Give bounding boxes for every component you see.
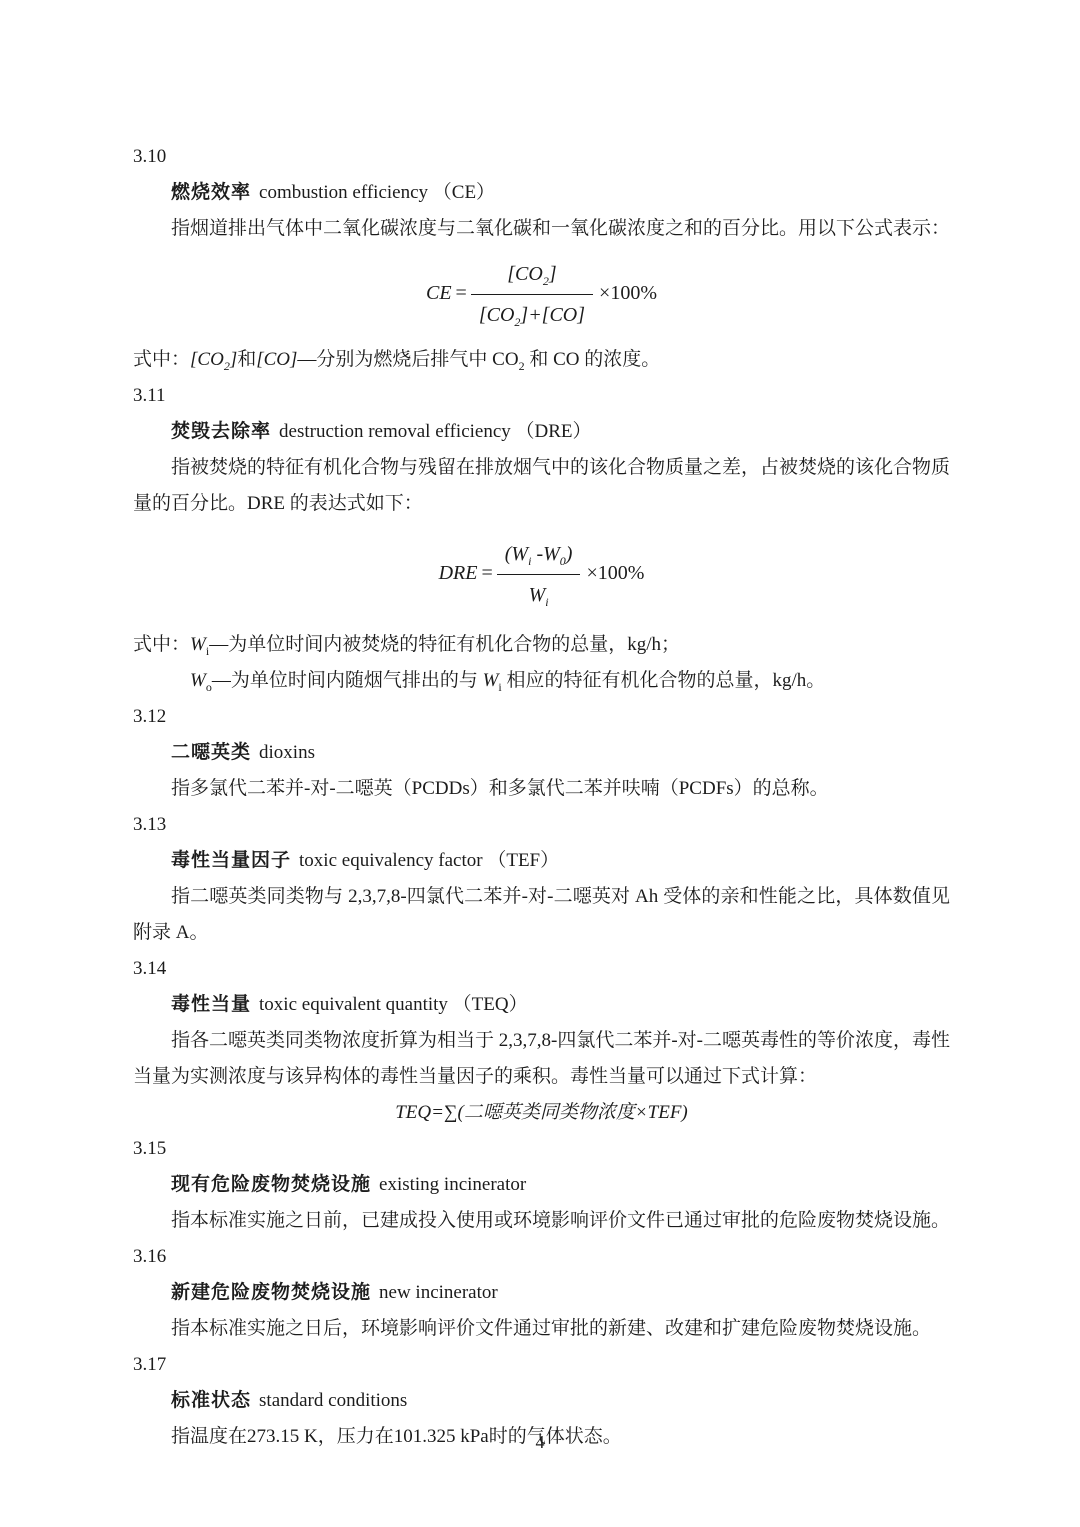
body-paragraph: 指本标准实施之日前，已建成投入使用或环境影响评价文件已通过审批的危险废物焚烧设施… [133, 1203, 950, 1239]
formula-equals: = [481, 562, 492, 584]
section-number-3-17: 3.17 [133, 1347, 950, 1383]
term-en: toxic equivalent quantity （TEQ） [251, 994, 528, 1015]
formula-note: 式中：Wi—为单位时间内被焚烧的特征有机化合物的总量，kg/h； [133, 627, 950, 663]
term-zh: 现有危险废物焚烧设施 [171, 1174, 371, 1195]
body-paragraph: 指烟道排出气体中二氧化碳浓度与二氧化碳和一氧化碳浓度之和的百分比。用以下公式表示… [133, 211, 950, 247]
body-paragraph: 指本标准实施之日后，环境影响评价文件通过审批的新建、改建和扩建危险废物焚烧设施。 [133, 1311, 950, 1347]
fraction-denominator: [CO2]+[CO] [471, 295, 593, 333]
formula-ce: CE=[CO2][CO2]+[CO]×100% [133, 256, 950, 333]
term-en: standard conditions [251, 1390, 407, 1411]
body-paragraph: 指各二噁英类同类物浓度折算为相当于 2,3,7,8-四氯代二苯并-对-二噁英毒性… [133, 1023, 950, 1095]
term-zh: 焚毁去除率 [171, 421, 271, 442]
body-paragraph: 指多氯代二苯并-对-二噁英（PCDDs）和多氯代二苯并呋喃（PCDFs）的总称。 [133, 771, 950, 807]
formula-note: 式中：[CO2]和[CO]—分别为燃烧后排气中 CO2 和 CO 的浓度。 [133, 342, 950, 378]
section-number-3-13: 3.13 [133, 807, 950, 843]
document-page: 3.10 燃烧效率combustion efficiency （CE） 指烟道排… [0, 0, 1080, 1527]
fraction-numerator: [CO2] [471, 256, 593, 295]
formula-times: ×100% [586, 562, 644, 584]
section-number-3-10: 3.10 [133, 139, 950, 175]
term-en: toxic equivalency factor （TEF） [291, 850, 559, 871]
term-line-3-14: 毒性当量toxic equivalent quantity （TEQ） [133, 987, 950, 1023]
term-zh: 毒性当量 [171, 994, 251, 1015]
section-number-3-15: 3.15 [133, 1131, 950, 1167]
formula-times: ×100% [599, 282, 657, 304]
term-zh: 新建危险废物焚烧设施 [171, 1282, 371, 1303]
term-line-3-13: 毒性当量因子toxic equivalency factor （TEF） [133, 843, 950, 879]
term-line-3-16: 新建危险废物焚烧设施new incinerator [133, 1275, 950, 1311]
term-line-3-11: 焚毁去除率destruction removal efficiency （DRE… [133, 414, 950, 450]
term-en: combustion efficiency （CE） [251, 182, 495, 203]
subscript: i [545, 595, 548, 609]
section-number-3-11: 3.11 [133, 378, 950, 414]
formula-teq: TEQ=∑(二噁英类同类物浓度×TEF) [133, 1095, 950, 1131]
term-en: existing incinerator [371, 1174, 526, 1195]
page-number: 4 [0, 1428, 1080, 1456]
formula-fraction: [CO2][CO2]+[CO] [471, 256, 593, 333]
term-en: dioxins [251, 742, 315, 763]
formula-equals: = [456, 282, 467, 304]
fraction-denominator: Wi [497, 575, 581, 613]
formula-lhs: DRE [439, 562, 478, 584]
term-en: destruction removal efficiency （DRE） [271, 421, 592, 442]
formula-note: Wo—为单位时间内随烟气排出的与 Wi 相应的特征有机化合物的总量，kg/h。 [133, 663, 950, 699]
section-number-3-14: 3.14 [133, 951, 950, 987]
term-line-3-15: 现有危险废物焚烧设施existing incinerator [133, 1167, 950, 1203]
formula-fraction: (Wi -W0)Wi [497, 536, 581, 613]
term-line-3-12: 二噁英类dioxins [133, 735, 950, 771]
document-content: 3.10 燃烧效率combustion efficiency （CE） 指烟道排… [133, 139, 950, 1455]
term-zh: 燃烧效率 [171, 182, 251, 203]
term-line-3-10: 燃烧效率combustion efficiency （CE） [133, 175, 950, 211]
formula-dre: DRE=(Wi -W0)Wi×100% [133, 536, 950, 613]
term-line-3-17: 标准状态standard conditions [133, 1383, 950, 1419]
term-zh: 标准状态 [171, 1390, 251, 1411]
formula-lhs: CE [426, 282, 452, 304]
section-number-3-16: 3.16 [133, 1239, 950, 1275]
term-zh: 毒性当量因子 [171, 850, 291, 871]
fraction-numerator: (Wi -W0) [497, 536, 581, 575]
body-paragraph: 指二噁英类同类物与 2,3,7,8-四氯代二苯并-对-二噁英对 Ah 受体的亲和… [133, 879, 950, 951]
section-number-3-12: 3.12 [133, 699, 950, 735]
body-paragraph: 指被焚烧的特征有机化合物与残留在排放烟气中的该化合物质量之差，占被焚烧的该化合物… [133, 450, 950, 522]
term-en: new incinerator [371, 1282, 498, 1303]
term-zh: 二噁英类 [171, 742, 251, 763]
